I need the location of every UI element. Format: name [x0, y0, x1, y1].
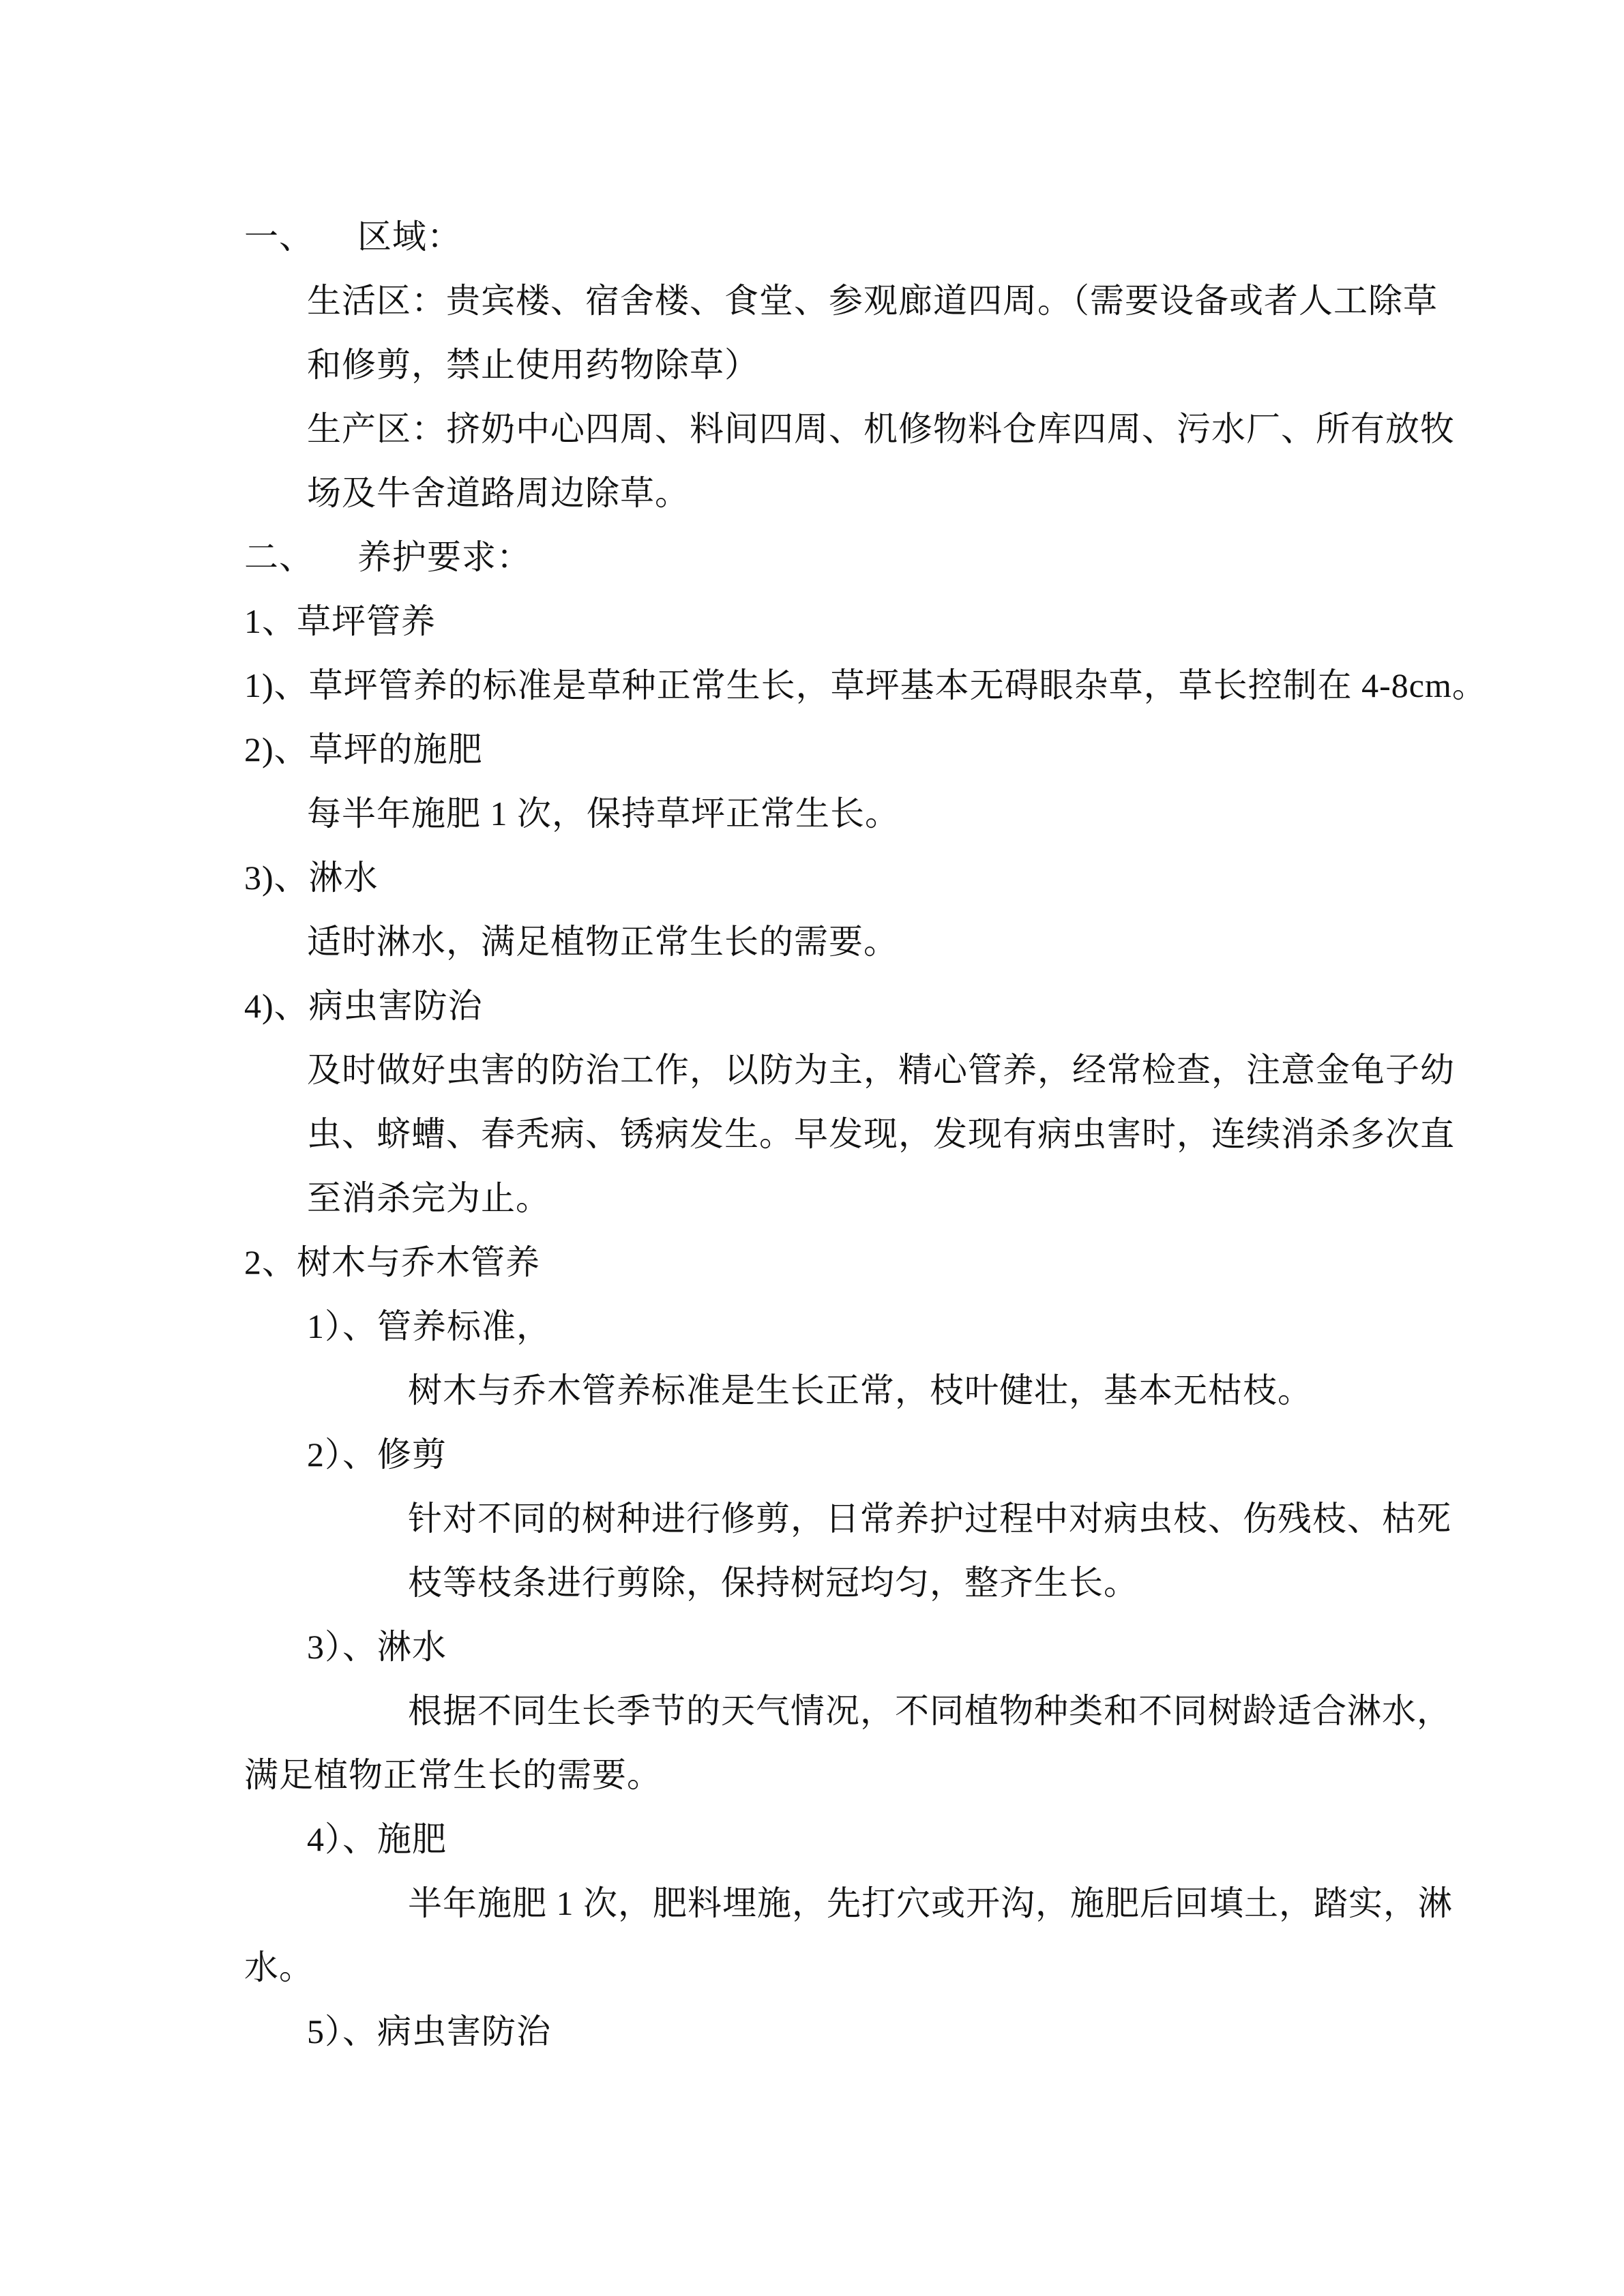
- text-line: 满足植物正常生长的需要。: [244, 1743, 1417, 1807]
- text-line: 每半年施肥 1 次，保持草坪正常生长。: [244, 781, 1417, 846]
- text-line: 针对不同的树种进行修剪，日常养护过程中对病虫枝、伤残枝、枯死: [244, 1487, 1417, 1551]
- text-line: 及时做好虫害的防治工作，以防为主，精心管养，经常检查，注意金龟子幼: [244, 1038, 1417, 1102]
- text-line: 半年施肥 1 次，肥料埋施，先打穴或开沟，施肥后回填土，踏实，淋: [244, 1871, 1417, 1935]
- text-line: 4）、施肥: [244, 1807, 1417, 1871]
- text-line: 5）、病虫害防治: [244, 1999, 1417, 2063]
- heading-section-2: 二、养护要求：: [244, 525, 1417, 589]
- text-line: 水。: [244, 1935, 1417, 1999]
- document-page: 一、区域： 生活区：贵宾楼、宿舍楼、食堂、参观廊道四周。（需要设备或者人工除草 …: [0, 0, 1624, 2296]
- text-line: 3）、淋水: [244, 1615, 1417, 1679]
- text-line: 树木与乔木管养标准是生长正常，枝叶健壮，基本无枯枝。: [244, 1358, 1417, 1422]
- text-line: 1）、管养标准，: [244, 1294, 1417, 1358]
- text-line: 生产区：挤奶中心四周、料间四周、机修物料仓库四周、污水厂、所有放牧: [244, 397, 1417, 461]
- heading-title: 区域：: [357, 218, 462, 256]
- text-line: 生活区：贵宾楼、宿舍楼、食堂、参观廊道四周。（需要设备或者人工除草: [244, 269, 1417, 333]
- text-line: 至消杀完为止。: [244, 1166, 1417, 1230]
- text-line: 2）、修剪: [244, 1422, 1417, 1487]
- text-line: 场及牛舍道路周边除草。: [244, 461, 1417, 525]
- text-line: 4)、病虫害防治: [244, 974, 1417, 1038]
- text-line: 虫、蛴螬、春秃病、锈病发生。早发现，发现有病虫害时，连续消杀多次直: [244, 1102, 1417, 1166]
- document-content: 一、区域： 生活区：贵宾楼、宿舍楼、食堂、参观廊道四周。（需要设备或者人工除草 …: [244, 205, 1417, 2063]
- text-line: 2)、草坪的施肥: [244, 717, 1417, 781]
- text-line: 3)、淋水: [244, 846, 1417, 910]
- text-line: 1、草坪管养: [244, 589, 1417, 653]
- text-line: 根据不同生长季节的天气情况，不同植物种类和不同树龄适合淋水，: [244, 1679, 1417, 1743]
- heading-section-1: 一、区域：: [244, 205, 1417, 269]
- heading-title: 养护要求：: [357, 538, 531, 576]
- text-line: 和修剪，禁止使用药物除草）: [244, 333, 1417, 397]
- heading-number: 二、: [244, 538, 314, 576]
- heading-number: 一、: [244, 218, 314, 256]
- text-line: 1)、草坪管养的标准是草种正常生长，草坪基本无碍眼杂草，草长控制在 4-8cm。: [244, 653, 1417, 717]
- text-line: 枝等枝条进行剪除，保持树冠均匀，整齐生长。: [244, 1551, 1417, 1615]
- text-line: 适时淋水，满足植物正常生长的需要。: [244, 910, 1417, 974]
- text-line: 2、树木与乔木管养: [244, 1230, 1417, 1294]
